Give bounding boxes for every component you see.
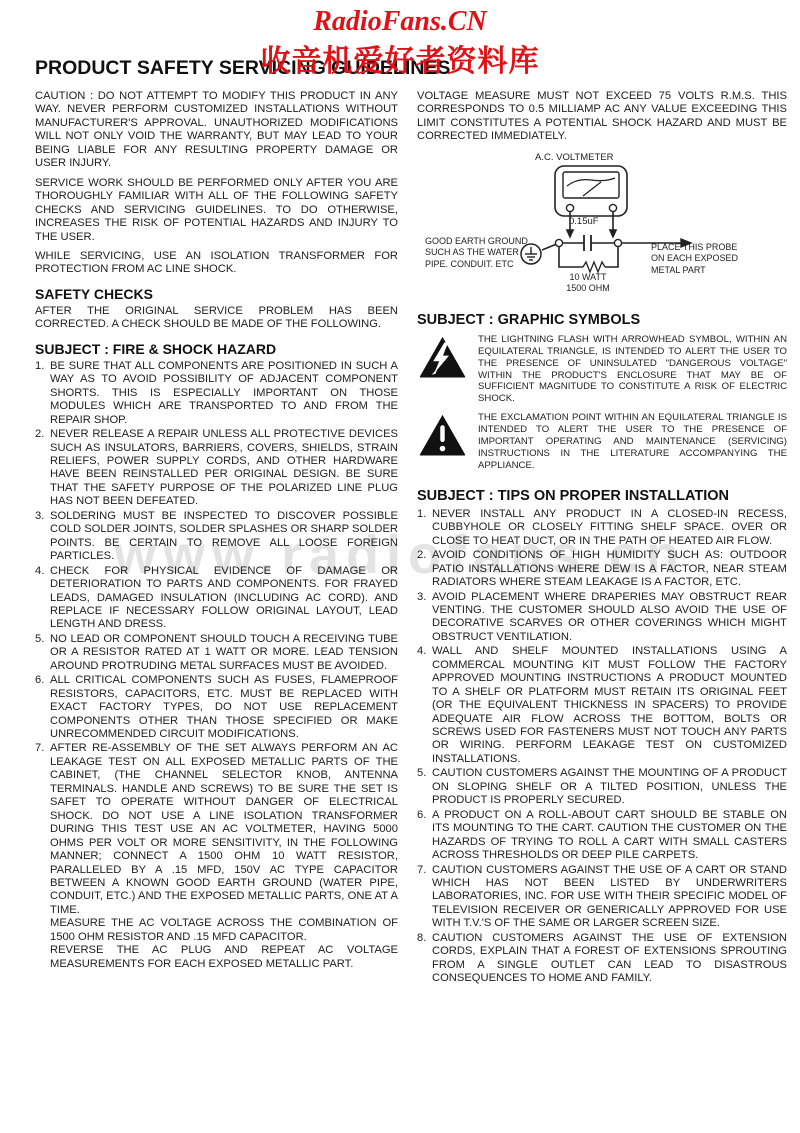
- list-item: 3. AVOID PLACEMENT WHERE DRAPERIES MAY O…: [417, 591, 787, 645]
- list-item: 7. AFTER RE-ASSEMBLY OF THE SET ALWAYS P…: [35, 742, 398, 971]
- item-number: 6.: [417, 809, 432, 863]
- item-text: NEVER INSTALL ANY PRODUCT IN A CLOSED-IN…: [432, 508, 787, 548]
- item-text: AFTER RE-ASSEMBLY OF THE SET ALWAYS PERF…: [50, 742, 398, 971]
- list-item: 3. SOLDERING MUST BE INSPECTED TO DISCOV…: [35, 510, 398, 564]
- item-number: 4.: [417, 645, 432, 766]
- item-number: 8.: [417, 932, 432, 986]
- isolation-transformer-paragraph: WHILE SERVICING, USE AN ISOLATION TRANSF…: [35, 250, 398, 277]
- radiofans-chinese-text: 收音机爱好者资料库: [261, 36, 540, 80]
- safety-checks-text: AFTER THE ORIGINAL SERVICE PROBLEM HAS B…: [35, 305, 398, 332]
- document-page: www.radiofans.cn RadioFans.CN 收音机爱好者资料库 …: [0, 0, 800, 1133]
- lightning-triangle-icon: [419, 336, 466, 383]
- item-text: WALL AND SHELF MOUNTED INSTALLATIONS USI…: [432, 645, 787, 766]
- safety-checks-heading: SAFETY CHECKS: [35, 286, 398, 302]
- fire-shock-heading: SUBJECT : FIRE & SHOCK HAZARD: [35, 341, 398, 357]
- left-column: CAUTION : DO NOT ATTEMPT TO MODIFY THIS …: [35, 90, 398, 972]
- voltage-measure-paragraph: VOLTAGE MEASURE MUST NOT EXCEED 75 VOLTS…: [417, 90, 787, 144]
- item-number: 2.: [417, 549, 432, 589]
- item-number: 4.: [35, 565, 50, 632]
- item-text: AVOID CONDITIONS OF HIGH HUMIDITY SUCH A…: [432, 549, 787, 589]
- graphic-symbols-heading: SUBJECT : GRAPHIC SYMBOLS: [417, 312, 787, 328]
- list-item: 2. NEVER RELEASE A REPAIR UNLESS ALL PRO…: [35, 428, 398, 509]
- tips-list: 1. NEVER INSTALL ANY PRODUCT IN A CLOSED…: [417, 508, 787, 986]
- item-text: NO LEAD OR COMPONENT SHOULD TOUCH A RECE…: [50, 633, 398, 673]
- item-number: 7.: [417, 864, 432, 931]
- service-work-paragraph: SERVICE WORK SHOULD BE PERFORMED ONLY AF…: [35, 177, 398, 244]
- item-text: AVOID PLACEMENT WHERE DRAPERIES MAY OBST…: [432, 591, 787, 645]
- item-text: A PRODUCT ON A ROLL-ABOUT CART SHOULD BE…: [432, 809, 787, 863]
- list-item: 1. BE SURE THAT ALL COMPONENTS ARE POSIT…: [35, 360, 398, 427]
- list-item: 8. CAUTION CUSTOMERS AGAINST THE USE OF …: [417, 932, 787, 986]
- item-text: CAUTION CUSTOMERS AGAINST THE USE OF EXT…: [432, 932, 787, 986]
- item-text: CAUTION CUSTOMERS AGAINST THE USE OF A C…: [432, 864, 787, 931]
- item-number: 3.: [35, 510, 50, 564]
- item-number: 2.: [35, 428, 50, 509]
- list-item: 4. CHECK FOR PHYSICAL EVIDENCE OF DAMAGE…: [35, 565, 398, 632]
- list-item: 5. CAUTION CUSTOMERS AGAINST THE MOUNTIN…: [417, 767, 787, 807]
- list-item: 2. AVOID CONDITIONS OF HIGH HUMIDITY SUC…: [417, 549, 787, 589]
- right-column: VOLTAGE MEASURE MUST NOT EXCEED 75 VOLTS…: [417, 90, 787, 987]
- tips-heading: SUBJECT : TIPS ON PROPER INSTALLATION: [417, 488, 787, 504]
- resistor-label: 10 WATT 1500 OHM: [557, 272, 619, 295]
- item-number: 6.: [35, 674, 50, 741]
- exclamation-triangle-icon: [419, 414, 466, 461]
- probe-label: PLACE THIS PROBE ON EACH EXPOSED METAL P…: [651, 242, 738, 277]
- item-number: 3.: [417, 591, 432, 645]
- lightning-symbol-row: THE LIGHTNING FLASH WITH ARROWHEAD SYMBO…: [417, 334, 787, 405]
- item-text: BE SURE THAT ALL COMPONENTS ARE POSITION…: [50, 360, 398, 427]
- list-item: 1. NEVER INSTALL ANY PRODUCT IN A CLOSED…: [417, 508, 787, 548]
- exclamation-symbol-row: THE EXCLAMATION POINT WITHIN AN EQUILATE…: [417, 412, 787, 472]
- item-text: NEVER RELEASE A REPAIR UNLESS ALL PROTEC…: [50, 428, 398, 509]
- item-number: 1.: [35, 360, 50, 427]
- caution-paragraph: CAUTION : DO NOT ATTEMPT TO MODIFY THIS …: [35, 90, 398, 171]
- item-text: ALL CRITICAL COMPONENTS SUCH AS FUSES, F…: [50, 674, 398, 741]
- list-item: 7. CAUTION CUSTOMERS AGAINST THE USE OF …: [417, 864, 787, 931]
- list-item: 4. WALL AND SHELF MOUNTED INSTALLATIONS …: [417, 645, 787, 766]
- radiofans-brand-text: RadioFans.CN: [313, 6, 487, 38]
- ac-leakage-test-diagram: A.C. VOLTMETER 0.15uF GOOD EARTH GROUND …: [417, 150, 787, 302]
- item-text: CAUTION CUSTOMERS AGAINST THE MOUNTING O…: [432, 767, 787, 807]
- exclamation-symbol-text: THE EXCLAMATION POINT WITHIN AN EQUILATE…: [478, 412, 787, 472]
- earth-ground-label: GOOD EARTH GROUND SUCH AS THE WATER PIPE…: [425, 236, 528, 271]
- item-text: CHECK FOR PHYSICAL EVIDENCE OF DAMAGE OR…: [50, 565, 398, 632]
- fire-shock-list: 1. BE SURE THAT ALL COMPONENTS ARE POSIT…: [35, 360, 398, 971]
- lightning-symbol-text: THE LIGHTNING FLASH WITH ARROWHEAD SYMBO…: [478, 334, 787, 405]
- item-number: 5.: [417, 767, 432, 807]
- item-number: 7.: [35, 742, 50, 971]
- list-item: 5. NO LEAD OR COMPONENT SHOULD TOUCH A R…: [35, 633, 398, 673]
- item-number: 5.: [35, 633, 50, 673]
- item-number: 1.: [417, 508, 432, 548]
- list-item: 6. ALL CRITICAL COMPONENTS SUCH AS FUSES…: [35, 674, 398, 741]
- item-text: SOLDERING MUST BE INSPECTED TO DISCOVER …: [50, 510, 398, 564]
- capacitor-label: 0.15uF: [569, 216, 599, 228]
- list-item: 6. A PRODUCT ON A ROLL-ABOUT CART SHOULD…: [417, 809, 787, 863]
- voltmeter-label: A.C. VOLTMETER: [535, 152, 613, 164]
